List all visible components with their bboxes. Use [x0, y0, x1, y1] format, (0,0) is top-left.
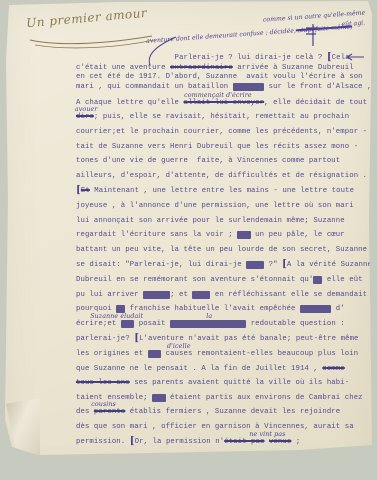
- handwritten-bracket: [: [130, 436, 135, 447]
- typed-text: ; puis, elle se ravisait, hésitait, reme…: [94, 113, 349, 121]
- typed-text: A la vérité Suzanne: [287, 261, 372, 269]
- typed-text: d': [331, 305, 344, 313]
- typed-text: se disait: "Parlerai-je, lui dirai-je: [76, 261, 246, 269]
- struck-text: dire: [76, 113, 94, 121]
- blotted-text: aujourd'hui cette: [170, 320, 246, 328]
- struck-text: parents: [94, 408, 125, 416]
- blotted-text: il: [313, 276, 322, 284]
- typed-text: posait: [134, 320, 170, 328]
- typed-text: Dubreuil en se remémorant son aventure s…: [76, 276, 313, 284]
- typed-text: ses parents avaient quitté la ville où i…: [130, 379, 349, 387]
- typed-text: Or, la permission n': [135, 438, 225, 446]
- blotted-text: ils: [152, 394, 165, 402]
- typed-text: , elle décidait de tout: [264, 99, 367, 107]
- typed-text: en réfléchissant elle se demandait: [210, 291, 367, 299]
- typed-text: les origines et: [76, 350, 148, 358]
- typed-line: que Suzanne ne le pensait . A la fin de …: [76, 362, 372, 377]
- blotted-text: et,: [237, 231, 250, 239]
- typed-text: mari , qui commandait un bataillon: [76, 83, 233, 91]
- typed-line: des parentscousins établis fermiers , Su…: [76, 405, 372, 420]
- typed-text: Maintenant , une lettre entre les mains …: [90, 187, 354, 195]
- title-flourish-underline-2: [35, 40, 154, 48]
- typed-text: elle eût: [322, 276, 362, 284]
- typed-line: Dubreuil en se remémorant son aventure s…: [76, 273, 372, 288]
- typed-text: c'était une aventure: [76, 64, 170, 72]
- typed-text: ?": [264, 261, 282, 269]
- typed-text: ; et: [170, 291, 192, 299]
- insertion-note-line3: eût agi.: [341, 20, 365, 30]
- struck-text: allait lui envoyer: [184, 99, 265, 107]
- typed-text: tones d'une vie de guerre faite, à Vince…: [76, 157, 340, 165]
- typed-line: lui annonçait son arrivée pour le surlen…: [76, 214, 372, 229]
- struck-text: tous les ans: [76, 379, 130, 387]
- handwritten-bracket: [: [327, 52, 332, 63]
- typed-line: écrire;et luiSuzanne éludait posait aujo…: [76, 317, 372, 332]
- typed-text: pu lui arriver: [76, 291, 143, 299]
- typed-text: permission.: [76, 438, 130, 446]
- blotted-text: d'abord: [300, 305, 331, 313]
- typed-line: courrier;et le prochain courrier, comme …: [76, 125, 372, 140]
- typed-text: franchise habituelle l'avait empêchée: [125, 305, 300, 313]
- typed-text: lui annonçait son arrivée pour le surlen…: [76, 217, 345, 225]
- typed-text: ;: [291, 438, 300, 446]
- typed-text: ailleurs, d'espoir, d'attente, de diffic…: [76, 172, 367, 180]
- typed-line: direavouer; puis, elle se ravisait, hési…: [76, 110, 372, 125]
- paper-fold-crease: [6, 398, 40, 456]
- struck-text: Et: [81, 187, 90, 195]
- typed-line: [Et Maintenant , une lettre entre les ma…: [76, 183, 372, 199]
- typed-text: que Suzanne ne le pensait . A la fin de …: [76, 365, 322, 373]
- typed-line: c'était une aventure extraordinaire arri…: [76, 64, 372, 74]
- typed-text: regardait l'écriture sans la voir ;: [76, 231, 237, 239]
- typed-body-paragraphs: A chaque lettre qu'elle allait lui envoy…: [76, 96, 372, 450]
- blotted-text: sa: [116, 305, 125, 313]
- typed-text: pourquoi: [76, 305, 116, 313]
- typed-text: redoutable question :: [246, 320, 345, 328]
- typed-text: écrire;et: [76, 320, 121, 328]
- typed-text: battant un peu vite, la tête un peu lour…: [76, 246, 367, 254]
- handwritten-bracket: [: [76, 185, 81, 196]
- insertion-note-line1: aventure dont elle demeurait confuse ; d…: [146, 27, 296, 44]
- handwritten-title-text: Un premier amour: [26, 6, 148, 31]
- typed-text: des: [76, 408, 94, 416]
- typed-text: arrivée à Suzanne Dubreuil: [233, 64, 354, 72]
- typed-text: étaient partis aux environs de Cambrai c…: [166, 394, 363, 402]
- typed-line: A chaque lettre qu'elle allait lui envoy…: [76, 96, 372, 111]
- typed-line: Parlerai-je ? lui dirai-je celà ? [Cela: [76, 52, 372, 64]
- typed-text: Parlerai-je ? lui dirai-je celà ?: [76, 54, 327, 62]
- blotted-text: tout: [192, 291, 210, 299]
- typed-text: dès que son mari , officier en garnison …: [76, 423, 354, 431]
- typed-line: permission. [Or, la permission n'était p…: [76, 434, 372, 450]
- blotted-text: à elle: [143, 291, 170, 299]
- blotted-text: cela: [246, 261, 264, 269]
- blotted-text: les: [148, 350, 161, 358]
- typed-text: courrier;et le prochain courrier, comme …: [76, 128, 367, 136]
- typed-line: parlerai-je? [L'aventure n'avait pas été…: [76, 331, 372, 347]
- typed-line: taient ensemble; ils étaient partis aux …: [76, 391, 372, 406]
- typed-line: battant un peu vite, la tête un peu lour…: [76, 243, 372, 258]
- typed-text: un peu pâle, le cœur: [251, 231, 345, 239]
- typed-line: joyeuse , à l'annonce d'une permission, …: [76, 199, 372, 214]
- typed-line: tous les ans ses parents avaient quitté …: [76, 376, 372, 391]
- handwritten-title: Un premier amour: [26, 6, 148, 31]
- typed-line: en cet été de 1917. D'abord, Suzanne ava…: [76, 73, 372, 83]
- typed-line: ailleurs, d'espoir, d'attente, de diffic…: [76, 169, 372, 184]
- typed-line: dès que son mari , officier en garnison …: [76, 420, 372, 435]
- typed-line: tait de Suzanne vers Henri Dubreuil que …: [76, 140, 372, 155]
- blotted-text: lui: [121, 320, 134, 328]
- blotted-text: à l'est: [233, 83, 264, 91]
- typed-line: se disait: "Parlerai-je, lui dirai-je ce…: [76, 257, 372, 273]
- typed-text: tait de Suzanne vers Henri Dubreuil que …: [76, 143, 358, 151]
- typed-line: tones d'une vie de guerre faite, à Vince…: [76, 154, 372, 169]
- struck-text: extraordinaire: [170, 64, 233, 72]
- struck-text: était pas: [224, 438, 264, 446]
- typed-line: les origines et les causes d'icelleremon…: [76, 347, 372, 362]
- typed-line: regardait l'écriture sans la voir ; et, …: [76, 228, 372, 243]
- typed-text: remontaient-elles beaucoup plus loin: [197, 350, 358, 358]
- typed-intro-paragraph: Parlerai-je ? lui dirai-je celà ? [Celac…: [76, 52, 372, 93]
- handwritten-bracket: [: [134, 333, 139, 344]
- struck-text: comme: [322, 365, 344, 373]
- typed-text: joyeuse , à l'annonce d'une permission, …: [76, 202, 354, 210]
- handwritten-bracket: [: [282, 259, 287, 270]
- title-flourish-underline: [30, 36, 152, 44]
- manuscript-page: Un premier amour aventure dont elle deme…: [0, 0, 377, 480]
- typed-line: pu lui arriver à elle; et tout en réfléc…: [76, 288, 372, 303]
- typed-text: Cela: [332, 54, 350, 62]
- struck-text: venue: [269, 438, 291, 446]
- typed-text: sur le front d'Alsace ,: [264, 83, 372, 91]
- typed-text: parlerai-je?: [76, 335, 134, 343]
- typed-text: établis fermiers , Suzanne devait les re…: [125, 408, 340, 416]
- scanned-manuscript: Un premier amour aventure dont elle deme…: [0, 0, 377, 480]
- typed-text-block: Parlerai-je ? lui dirai-je celà ? [Celac…: [76, 52, 372, 450]
- typed-text: en cet été de 1917. D'abord, Suzanne ava…: [76, 73, 363, 81]
